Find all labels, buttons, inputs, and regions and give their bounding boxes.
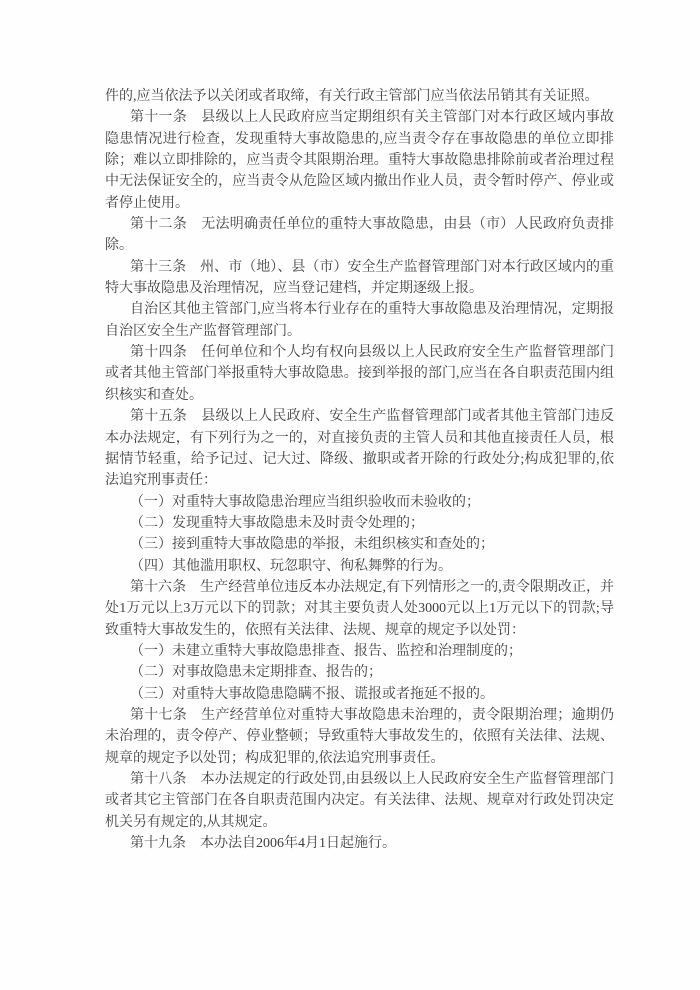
- paragraph: 第十九条 本办法自2006年4月1日起施行。: [105, 833, 614, 854]
- paragraph: 第十八条 本办法规定的行政处罚,由县级以上人民政府安全生产监督管理部门或者其它主…: [105, 769, 614, 833]
- document-page: 件的,应当依法予以关闭或者取缔，有关行政主管部门应当依法吊销其有关证照。第十一条…: [0, 0, 700, 990]
- paragraph: （四）其他滥用职权、玩忽职守、徇私舞弊的行为。: [105, 556, 614, 577]
- paragraph: （一）未建立重特大事故隐患排查、报告、监控和治理制度的；: [105, 641, 614, 662]
- paragraph: 第十六条 生产经营单位违反本办法规定,有下列情形之一的,责令限期改正，并处1万元…: [105, 577, 614, 641]
- paragraph: （二）对事故隐患未定期排查、报告的；: [105, 662, 614, 683]
- document-body: 件的,应当依法予以关闭或者取缔，有关行政主管部门应当依法吊销其有关证照。第十一条…: [105, 86, 614, 854]
- paragraph: （三）接到重特大事故隐患的举报，未组织核实和查处的；: [105, 534, 614, 555]
- paragraph: 第十一条 县级以上人民政府应当定期组织有关主管部门对本行政区域内事故隐患情况进行…: [105, 107, 614, 214]
- paragraph: 第十二条 无法明确责任单位的重特大事故隐患，由县（市）人民政府负责排除。: [105, 214, 614, 257]
- paragraph: （二）发现重特大事故隐患未及时责令处理的；: [105, 513, 614, 534]
- paragraph: 件的,应当依法予以关闭或者取缔，有关行政主管部门应当依法吊销其有关证照。: [105, 86, 614, 107]
- paragraph: 第十五条 县级以上人民政府、安全生产监督管理部门或者其他主管部门违反本办法规定，…: [105, 406, 614, 491]
- paragraph: （一）对重特大事故隐患治理应当组织验收而未验收的；: [105, 492, 614, 513]
- paragraph: （三）对重特大事故隐患隐瞒不报、谎报或者拖延不报的。: [105, 684, 614, 705]
- paragraph: 自治区其他主管部门,应当将本行业存在的重特大事故隐患及治理情况，定期报自治区安全…: [105, 299, 614, 342]
- paragraph: 第十三条 州、市（地）、县（市）安全生产监督管理部门对本行政区域内的重特大事故隐…: [105, 257, 614, 300]
- paragraph: 第十七条 生产经营单位对重特大事故隐患未治理的，责令限期治理；逾期仍未治理的，责…: [105, 705, 614, 769]
- paragraph: 第十四条 任何单位和个人均有权向县级以上人民政府安全生产监督管理部门或者其他主管…: [105, 342, 614, 406]
